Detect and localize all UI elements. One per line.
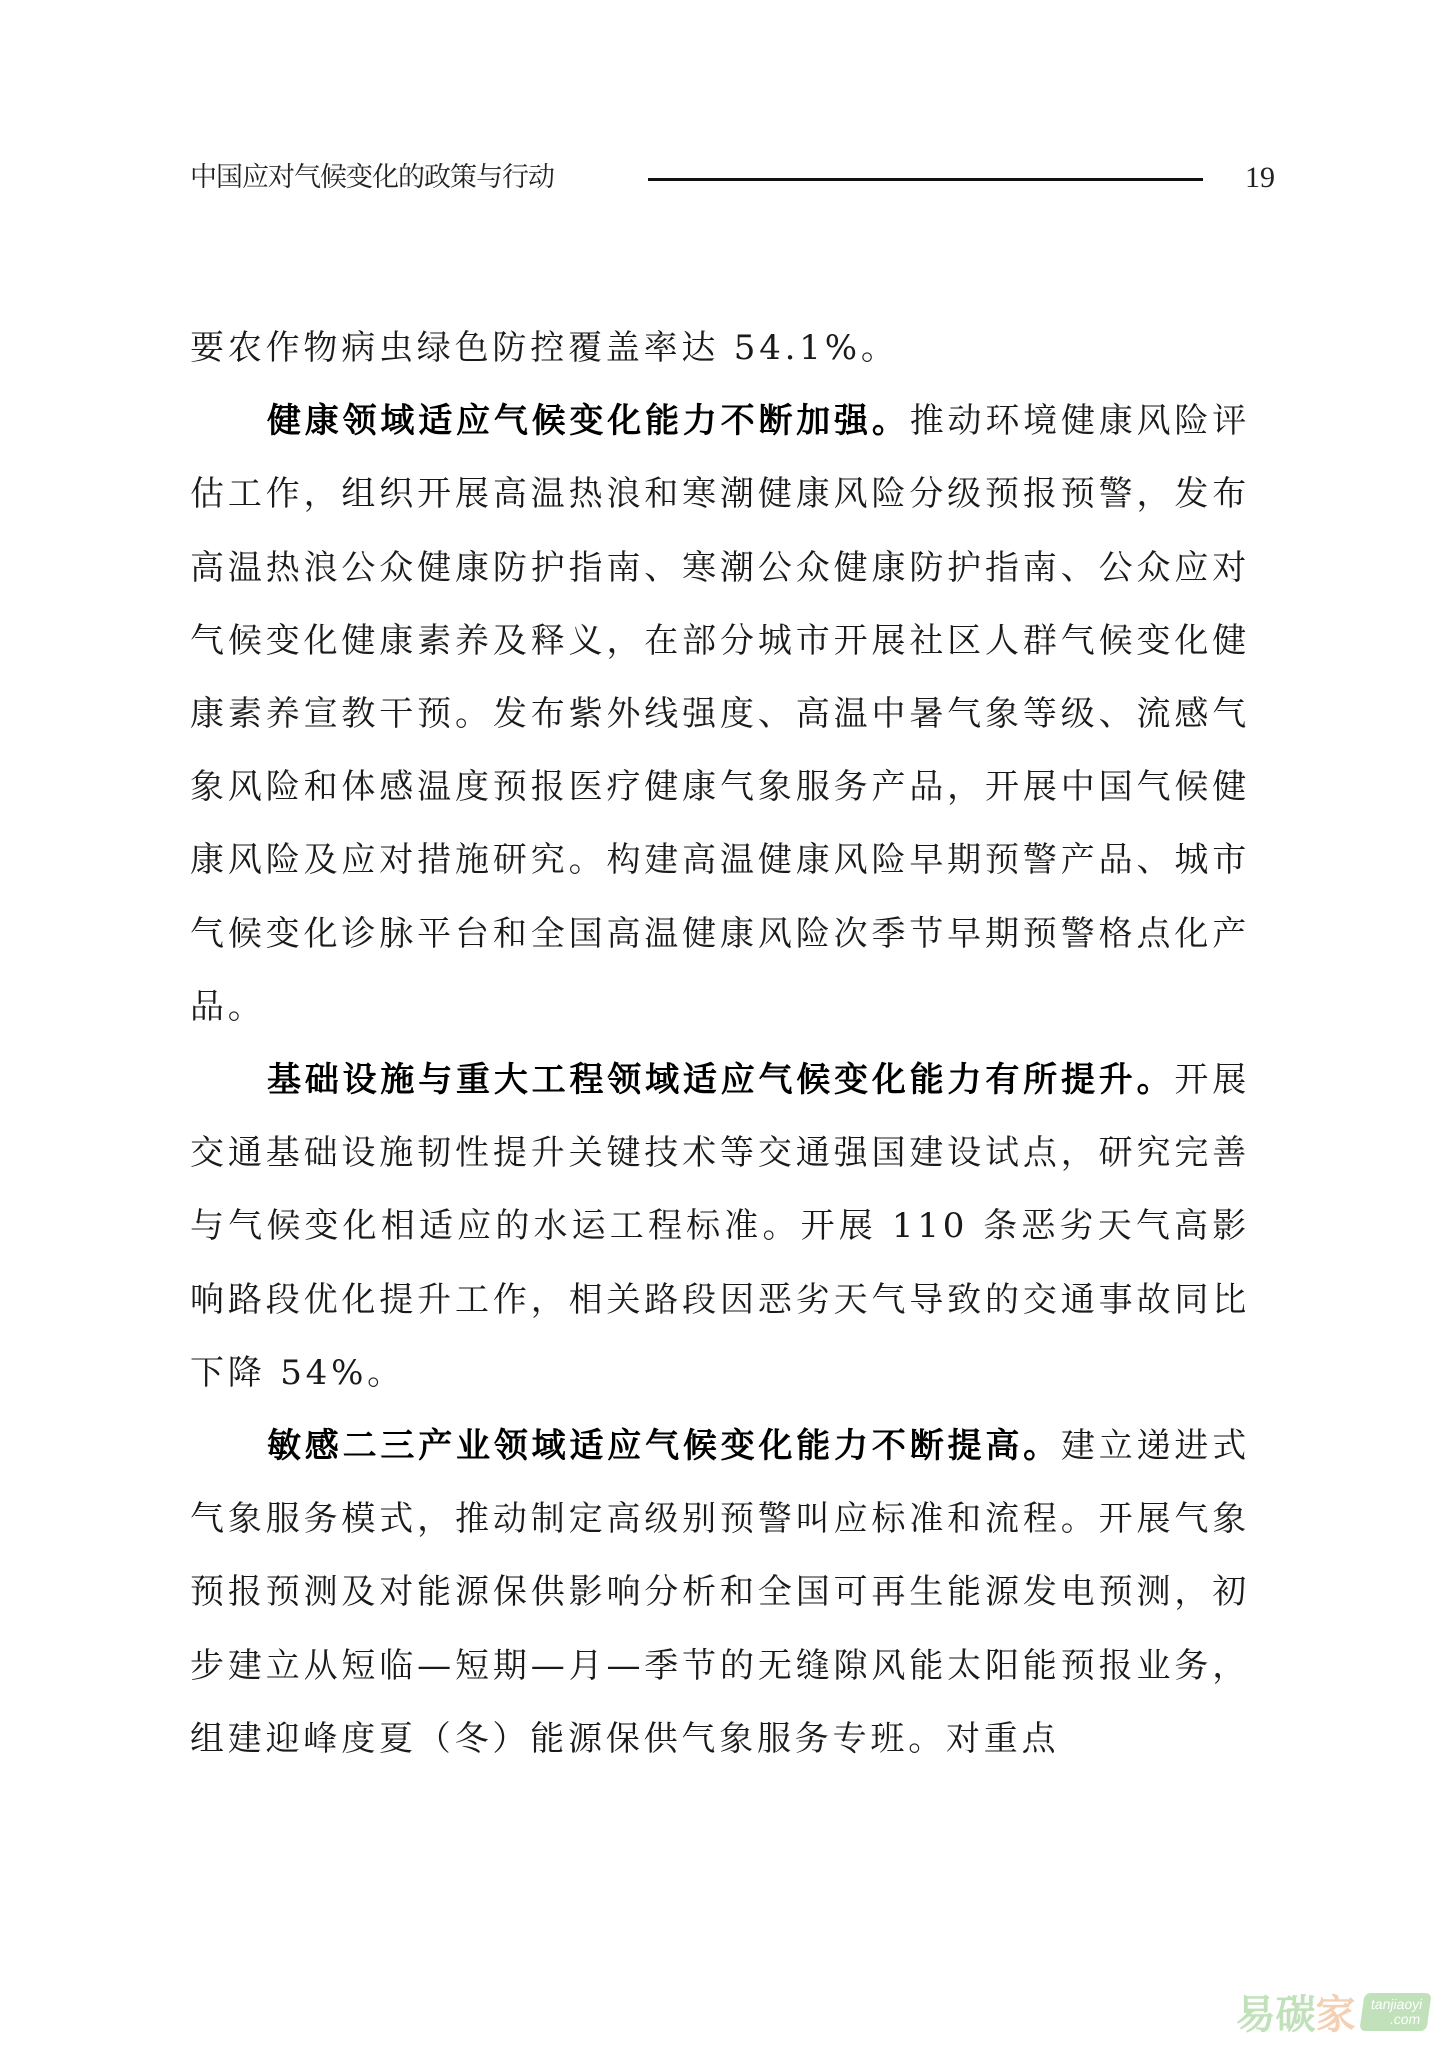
watermark-brand-part1: 易碳 bbox=[1236, 1992, 1316, 2038]
header-rule-divider bbox=[648, 178, 1203, 181]
watermark-logo: 易碳家 tanjiaoyi .com bbox=[1236, 1993, 1429, 2037]
paragraph-continuation: 要农作物病虫绿色防控覆盖率达 54.1%。 bbox=[190, 312, 1250, 385]
running-title: 中国应对气候变化的政策与行动 bbox=[190, 158, 554, 198]
body-text: 要农作物病虫绿色防控覆盖率达 54.1%。 健康领域适应气候变化能力不断加强。推… bbox=[190, 312, 1250, 1776]
page-number: 19 bbox=[1245, 158, 1275, 198]
paragraph-lead-heading: 基础设施与重大工程领域适应气候变化能力有所提升。 bbox=[267, 1060, 1174, 1100]
paragraph-lead-heading: 敏感二三产业领域适应气候变化能力不断提高。 bbox=[267, 1426, 1061, 1466]
watermark-domain-line1: tanjiaoyi bbox=[1370, 1996, 1424, 2012]
watermark-domain-line2: .com bbox=[1389, 2011, 1422, 2027]
paragraph-text: 建立递进式气象服务模式，推动制定高级别预警叫应标准和流程。开展气象预报预测及对能… bbox=[190, 1426, 1250, 1759]
paragraph-text: 推动环境健康风险评估工作，组织开展高温热浪和寒潮健康风险分级预报预警，发布高温热… bbox=[190, 401, 1250, 1027]
paragraph-text: 开展交通基础设施韧性提升关键技术等交通强国建设试点，研究完善与气候变化相适应的水… bbox=[190, 1060, 1250, 1393]
watermark-brand-part2: 家 bbox=[1316, 1992, 1356, 2038]
paragraph-health: 健康领域适应气候变化能力不断加强。推动环境健康风险评估工作，组织开展高温热浪和寒… bbox=[190, 385, 1250, 1044]
paragraph-infrastructure: 基础设施与重大工程领域适应气候变化能力有所提升。开展交通基础设施韧性提升关键技术… bbox=[190, 1044, 1250, 1410]
paragraph-text: 要农作物病虫绿色防控覆盖率达 54.1%。 bbox=[190, 328, 899, 368]
paragraph-lead-heading: 健康领域适应气候变化能力不断加强。 bbox=[267, 401, 910, 441]
running-header: 中国应对气候变化的政策与行动 19 bbox=[190, 158, 1290, 198]
watermark-domain-badge: tanjiaoyi .com bbox=[1359, 1993, 1432, 2031]
paragraph-industry: 敏感二三产业领域适应气候变化能力不断提高。建立递进式气象服务模式，推动制定高级别… bbox=[190, 1410, 1250, 1776]
watermark-brand-text: 易碳家 bbox=[1236, 1993, 1356, 2037]
